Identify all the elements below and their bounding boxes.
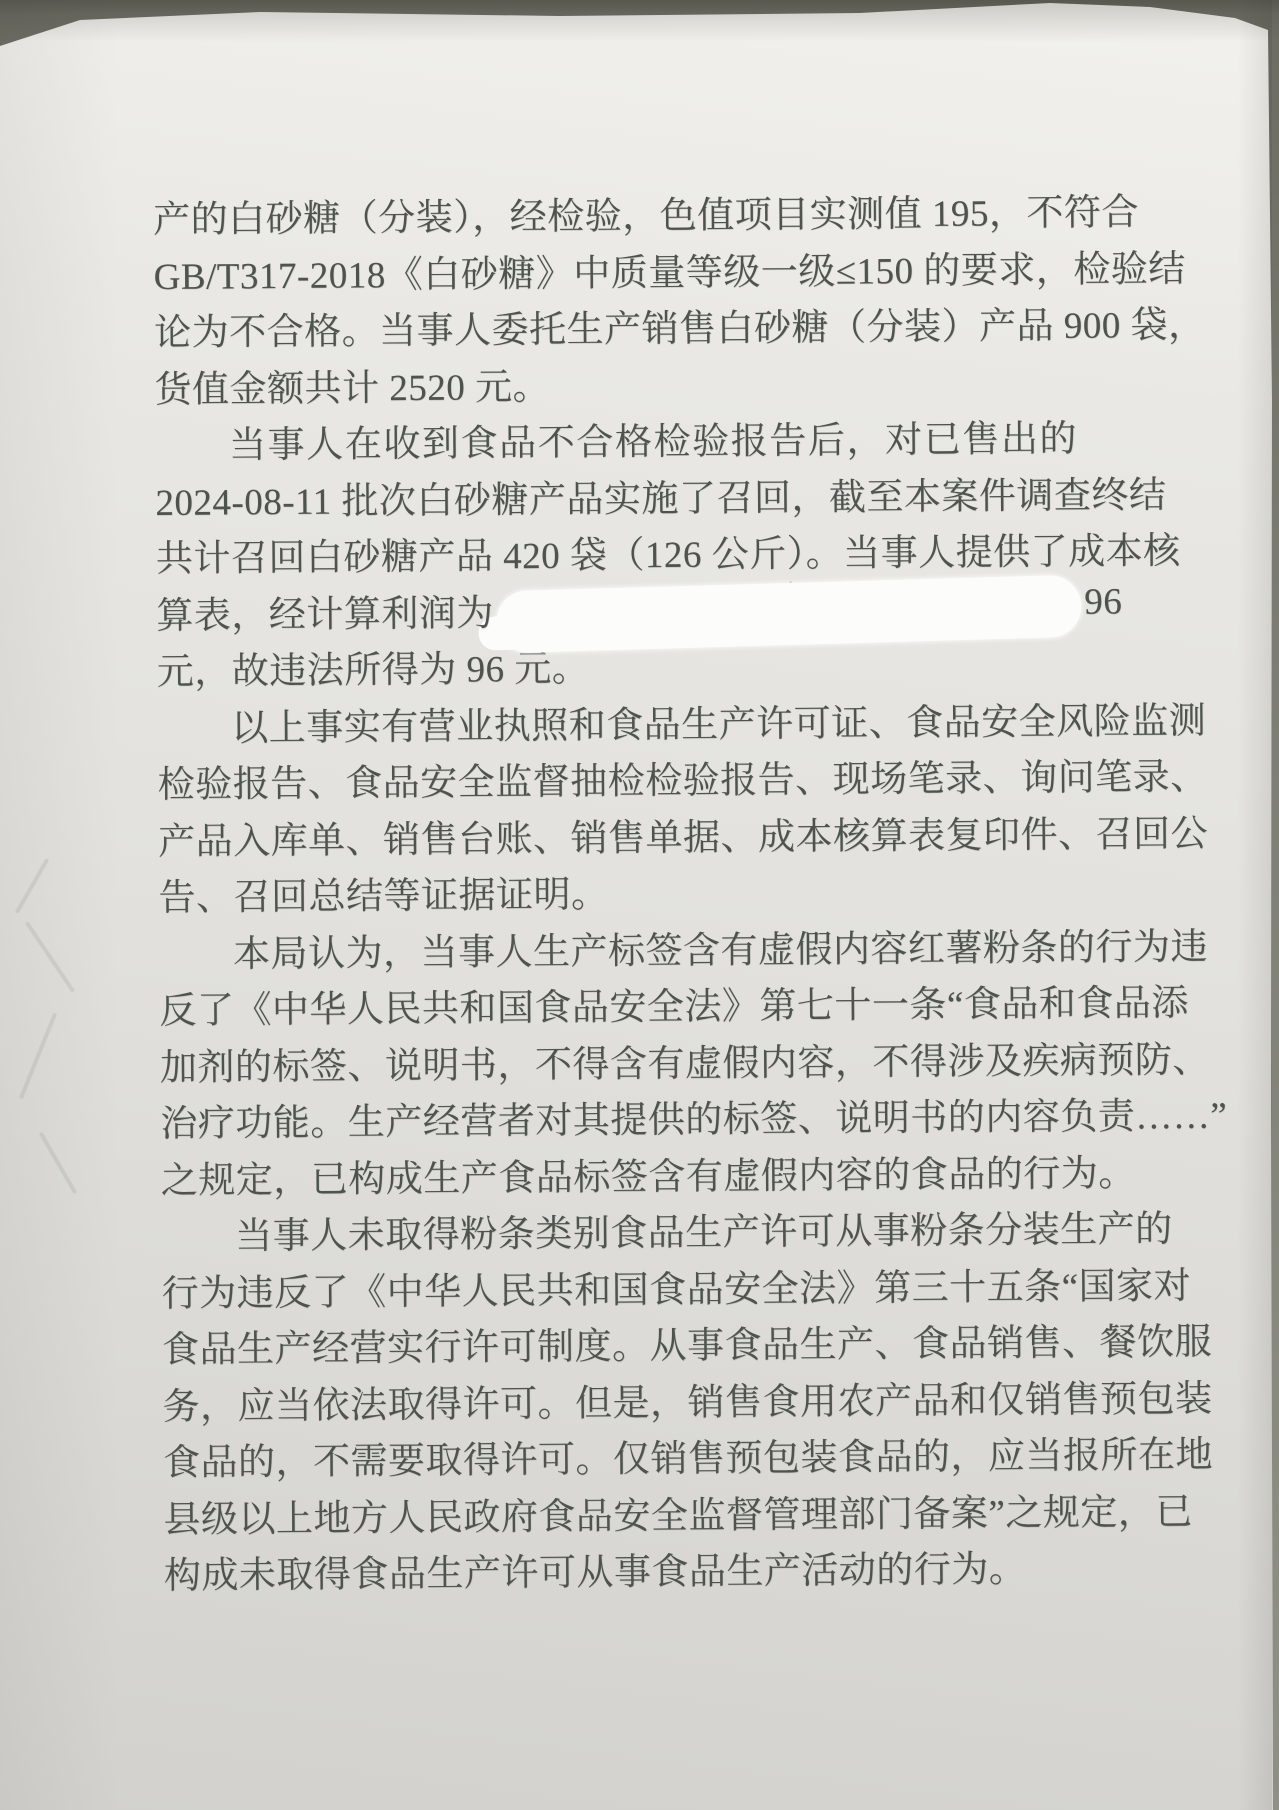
document-line: 论为不合格。当事人委托生产销售白砂糖（分装）产品 900 袋， [154, 299, 1076, 363]
document-line: 产品入库单、销售台账、销售单据、成本核算表复印件、召回公 [158, 807, 1080, 871]
document-line: 治疗功能。生产经营者对其提供的标签、说明书的内容负责……” [160, 1090, 1082, 1154]
document-line: 务，应当依法取得许可。但是，销售食用农产品和仅销售预包装 [162, 1372, 1084, 1436]
document-photo: 产的白砂糖（分装），经检验，色值项目实测值 195，不符合 GB/T317-20… [0, 0, 1279, 1810]
redacted-line-prefix: 算表，经计算利润为 [156, 593, 494, 637]
document-line: 食品的，不需要取得许可。仅销售预包装食品的，应当报所在地 [163, 1429, 1085, 1493]
document-text-block: 产的白砂糖（分装），经检验，色值项目实测值 195，不符合 GB/T317-20… [153, 186, 1086, 1606]
document-line: GB/T317-2018《白砂糖》中质量等级一级≤150 的要求，检验结 [153, 242, 1075, 306]
document-line: 当事人未取得粉条类别食品生产许可从事粉条分装生产的 [161, 1203, 1083, 1267]
document-line: 货值金额共计 2520 元。 [154, 355, 1076, 419]
document-line: 加剂的标签、说明书，不得含有虚假内容，不得涉及疾病预防、 [160, 1033, 1082, 1097]
document-line-redacted: 算表，经计算利润为 （2.8 元-2.6 元） 96 [156, 581, 1078, 645]
document-line: 本局认为，当事人生产标签含有虚假内容红薯粉条的行为违 [159, 920, 1081, 984]
document-line: 当事人在收到食品不合格检验报告后，对已售出的 [155, 412, 1077, 476]
redacted-line-suffix: 96 [1084, 574, 1122, 631]
document-line: 行为违反了《中华人民共和国食品安全法》第三十五条“国家对 [161, 1259, 1083, 1323]
document-line: 反了《中华人民共和国食品安全法》第七十一条“食品和食品添 [159, 977, 1081, 1041]
document-line: 之规定，已构成生产食品标签含有虚假内容的食品的行为。 [161, 1146, 1083, 1210]
document-line: 以上事实有营业执照和食品生产许可证、食品安全风险监测 [157, 694, 1079, 758]
document-line: 告、召回总结等证据证明。 [158, 864, 1080, 928]
document-line: 构成未取得食品生产许可从事食品生产活动的行为。 [164, 1542, 1086, 1606]
document-line: 检验报告、食品安全监督抽检检验报告、现场笔录、询问笔录、 [157, 751, 1079, 815]
document-line: 2024-08-11 批次白砂糖产品实施了召回，截至本案件调查终结 [155, 468, 1077, 532]
document-line: 食品生产经营实行许可制度。从事食品生产、食品销售、餐饮服 [162, 1316, 1084, 1380]
document-line: 县级以上地方人民政府食品安全监督管理部门备案”之规定，已 [163, 1485, 1085, 1549]
document-line: 产的白砂糖（分装），经检验，色值项目实测值 195，不符合 [153, 186, 1075, 250]
